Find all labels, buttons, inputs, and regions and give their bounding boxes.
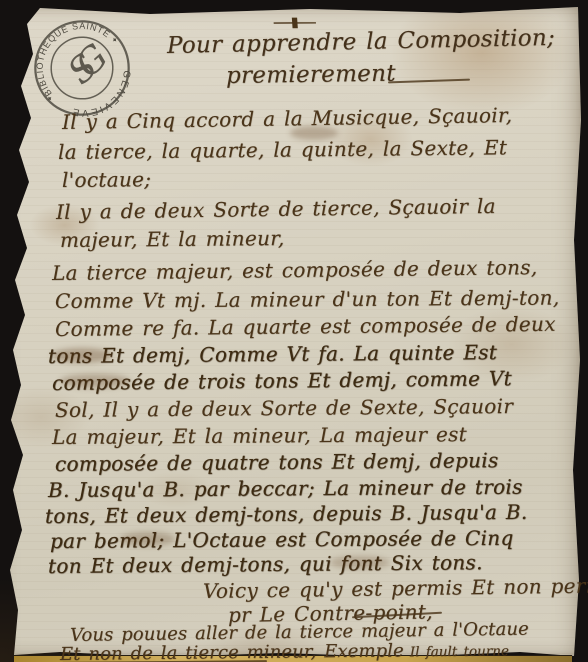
manuscript-line: majeur, Et la mineur, bbox=[60, 226, 285, 252]
manuscript-photo: BIBLIOTHEQUE SAINTE GENEVIEVE ✦ ✦ SG + P… bbox=[0, 0, 588, 662]
stamp-monogram: SG bbox=[60, 37, 115, 92]
manuscript-line: ton Et deux demj-tons, qui font Six tons… bbox=[48, 550, 483, 578]
manuscript-line: tons Et demj, Comme Vt fa. La quinte Est bbox=[48, 340, 497, 368]
footer-line2-text: Et non de la tierce mineur, Exemple bbox=[60, 640, 404, 662]
manuscript-line: B. Jusqu'a B. par beccar; La mineur de t… bbox=[48, 475, 523, 502]
stamp-star-right-icon: ✦ bbox=[110, 35, 121, 46]
manuscript-line: la tierce, la quarte, la quinte, la Sext… bbox=[58, 135, 507, 164]
ink-blot bbox=[330, 556, 390, 569]
manuscript-line: La majeur, Et la mineur, La majeur est bbox=[52, 422, 467, 449]
footer-line2: Et non de la tierce mineur, ExempleIl fa… bbox=[60, 639, 509, 662]
manuscript-line: Comme Vt mj. La mineur d'un ton Et demj-… bbox=[55, 285, 560, 313]
ink-blot bbox=[290, 126, 338, 140]
manuscript-line: Sol, Il y a de deux Sorte de Sexte, Sçau… bbox=[55, 394, 513, 422]
manuscript-line: l'octaue; bbox=[62, 167, 151, 192]
manuscript-line: composée de quatre tons Et demj, depuis bbox=[55, 448, 499, 476]
turn-page-note: Il fault tourne bbox=[410, 643, 509, 660]
ink-blot bbox=[120, 532, 175, 546]
page-title-line2: premierement bbox=[226, 61, 396, 89]
stamp-star-left-icon: ✦ bbox=[44, 93, 55, 104]
ink-blot bbox=[60, 374, 130, 388]
library-stamp: BIBLIOTHEQUE SAINTE GENEVIEVE ✦ ✦ SG bbox=[26, 12, 138, 124]
ink-blot bbox=[52, 348, 112, 363]
manuscript-line: tons, Et deux demj-tons, depuis B. Jusqu… bbox=[45, 500, 528, 528]
